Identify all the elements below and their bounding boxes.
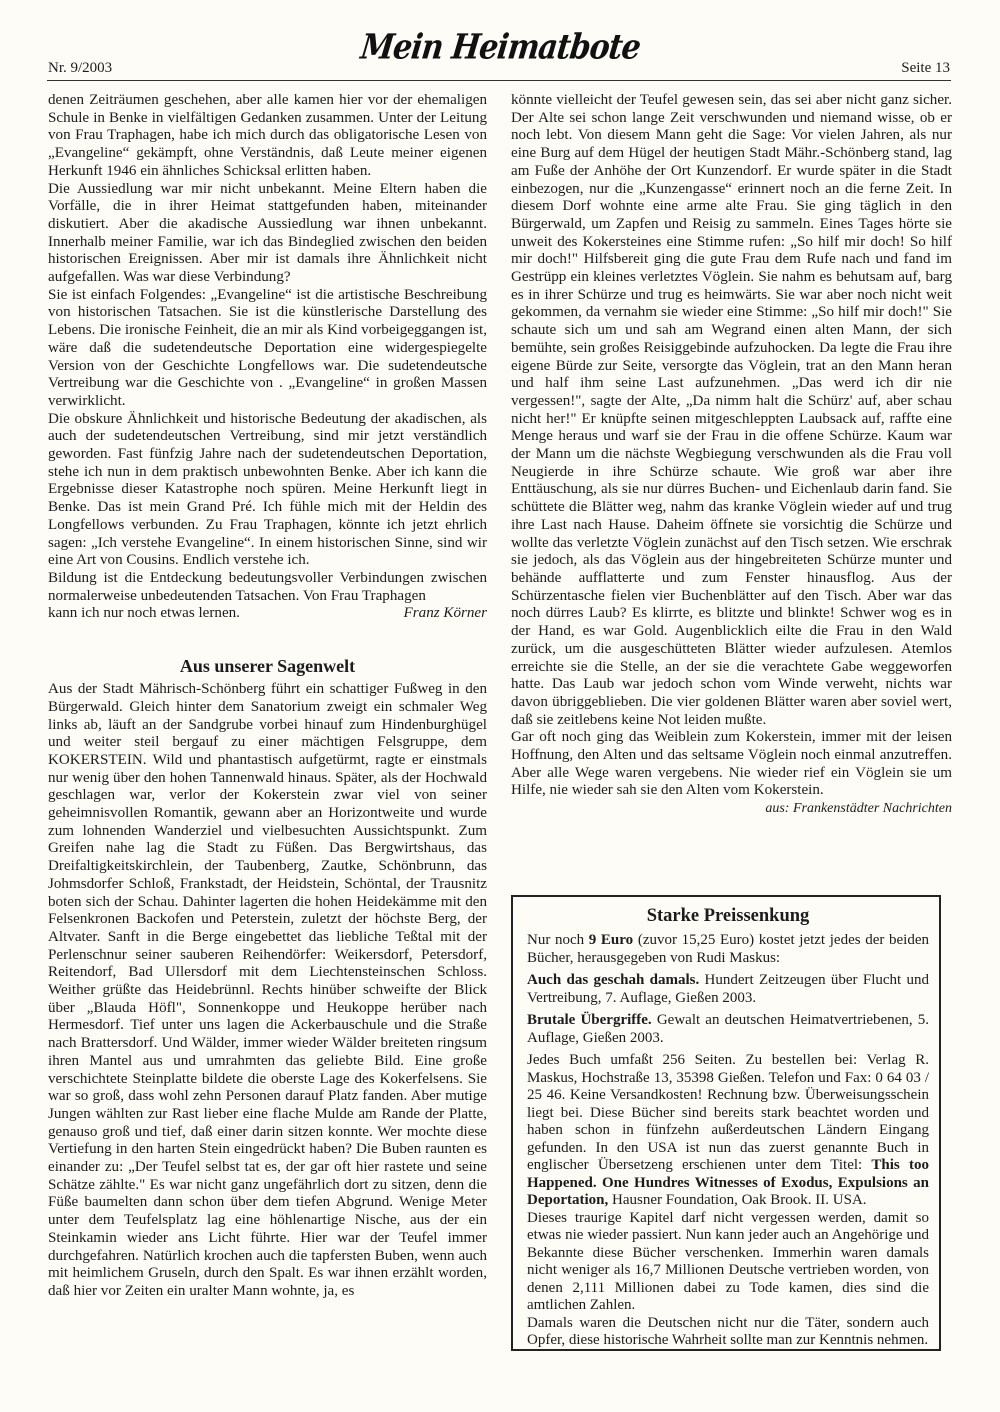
masthead: Mein Heimatbote [0,28,1000,78]
source-credit: aus: Frankenstädter Nachrichten [511,800,952,818]
paragraph: Gar oft noch ging das Weiblein zum Koker… [511,729,952,800]
header-divider [47,80,951,81]
box-title: Starke Preissenkung [527,905,929,927]
closing-line: kann ich nur noch etwas lernen. Franz Kö… [48,605,487,623]
newspaper-page: Mein Heimatbote Nr. 9/2003 Seite 13 dene… [0,0,1000,1412]
masthead-logo: Mein Heimatbote [358,27,642,67]
paragraph: könnte vielleicht der Teufel gewesen sei… [511,92,952,729]
book-title: Auch das geschah damals. [527,972,699,988]
article-sagenwelt: Aus unserer Sagenwelt Aus der Stadt Mähr… [48,655,487,1301]
page-number: Seite 13 [901,60,950,77]
paragraph: denen Zeiträumen geschehen, aber alle ka… [48,92,487,181]
english-publisher: Hausner Foundation, Oak Brook. II. USA. [608,1192,866,1208]
left-column: denen Zeiträumen geschehen, aber alle ka… [48,92,487,1301]
author-signature: Franz Körner [404,605,487,623]
order-text: Jedes Buch umfaßt 256 Seiten. Zu bestell… [527,1052,929,1173]
section-title: Aus unserer Sagenwelt [48,655,487,677]
issue-number: Nr. 9/2003 [48,60,112,77]
paragraph: Bildung ist die Entdeckung bedeutungsvol… [48,570,487,605]
book-title: Brutale Übergriffe. [527,1012,652,1028]
paragraph: Sie ist einfach Folgendes: „Evangeline“ … [48,287,487,411]
price: 9 Euro [589,932,633,948]
closing-paragraph: Dieses traurige Kapitel darf nicht verge… [527,1210,929,1315]
book-entry-2: Brutale Übergriffe. Gewalt an deutschen … [527,1012,929,1047]
last-line: kann ich nur noch etwas lernen. [48,605,240,623]
paragraph: Die Aussiedlung war mir nicht unbekannt.… [48,181,487,287]
paragraph: Aus der Stadt Mährisch-Schönberg führt e… [48,681,487,1301]
paragraph: Die obskure Ähnlichkeit und historische … [48,411,487,570]
price-reduction-box: Starke Preissenkung Nur noch 9 Euro (zuv… [511,895,941,1351]
article-evangeline: denen Zeiträumen geschehen, aber alle ka… [48,92,487,623]
intro-prefix: Nur noch [527,932,589,948]
right-column: könnte vielleicht der Teufel gewesen sei… [511,92,952,818]
box-intro: Nur noch 9 Euro (zuvor 15,25 Euro) koste… [527,932,929,967]
closing-paragraph: Damals waren die Deutschen nicht nur die… [527,1315,929,1350]
order-info: Jedes Buch umfaßt 256 Seiten. Zu bestell… [527,1052,929,1210]
book-entry-1: Auch das geschah damals. Hundert Zeitzeu… [527,972,929,1007]
